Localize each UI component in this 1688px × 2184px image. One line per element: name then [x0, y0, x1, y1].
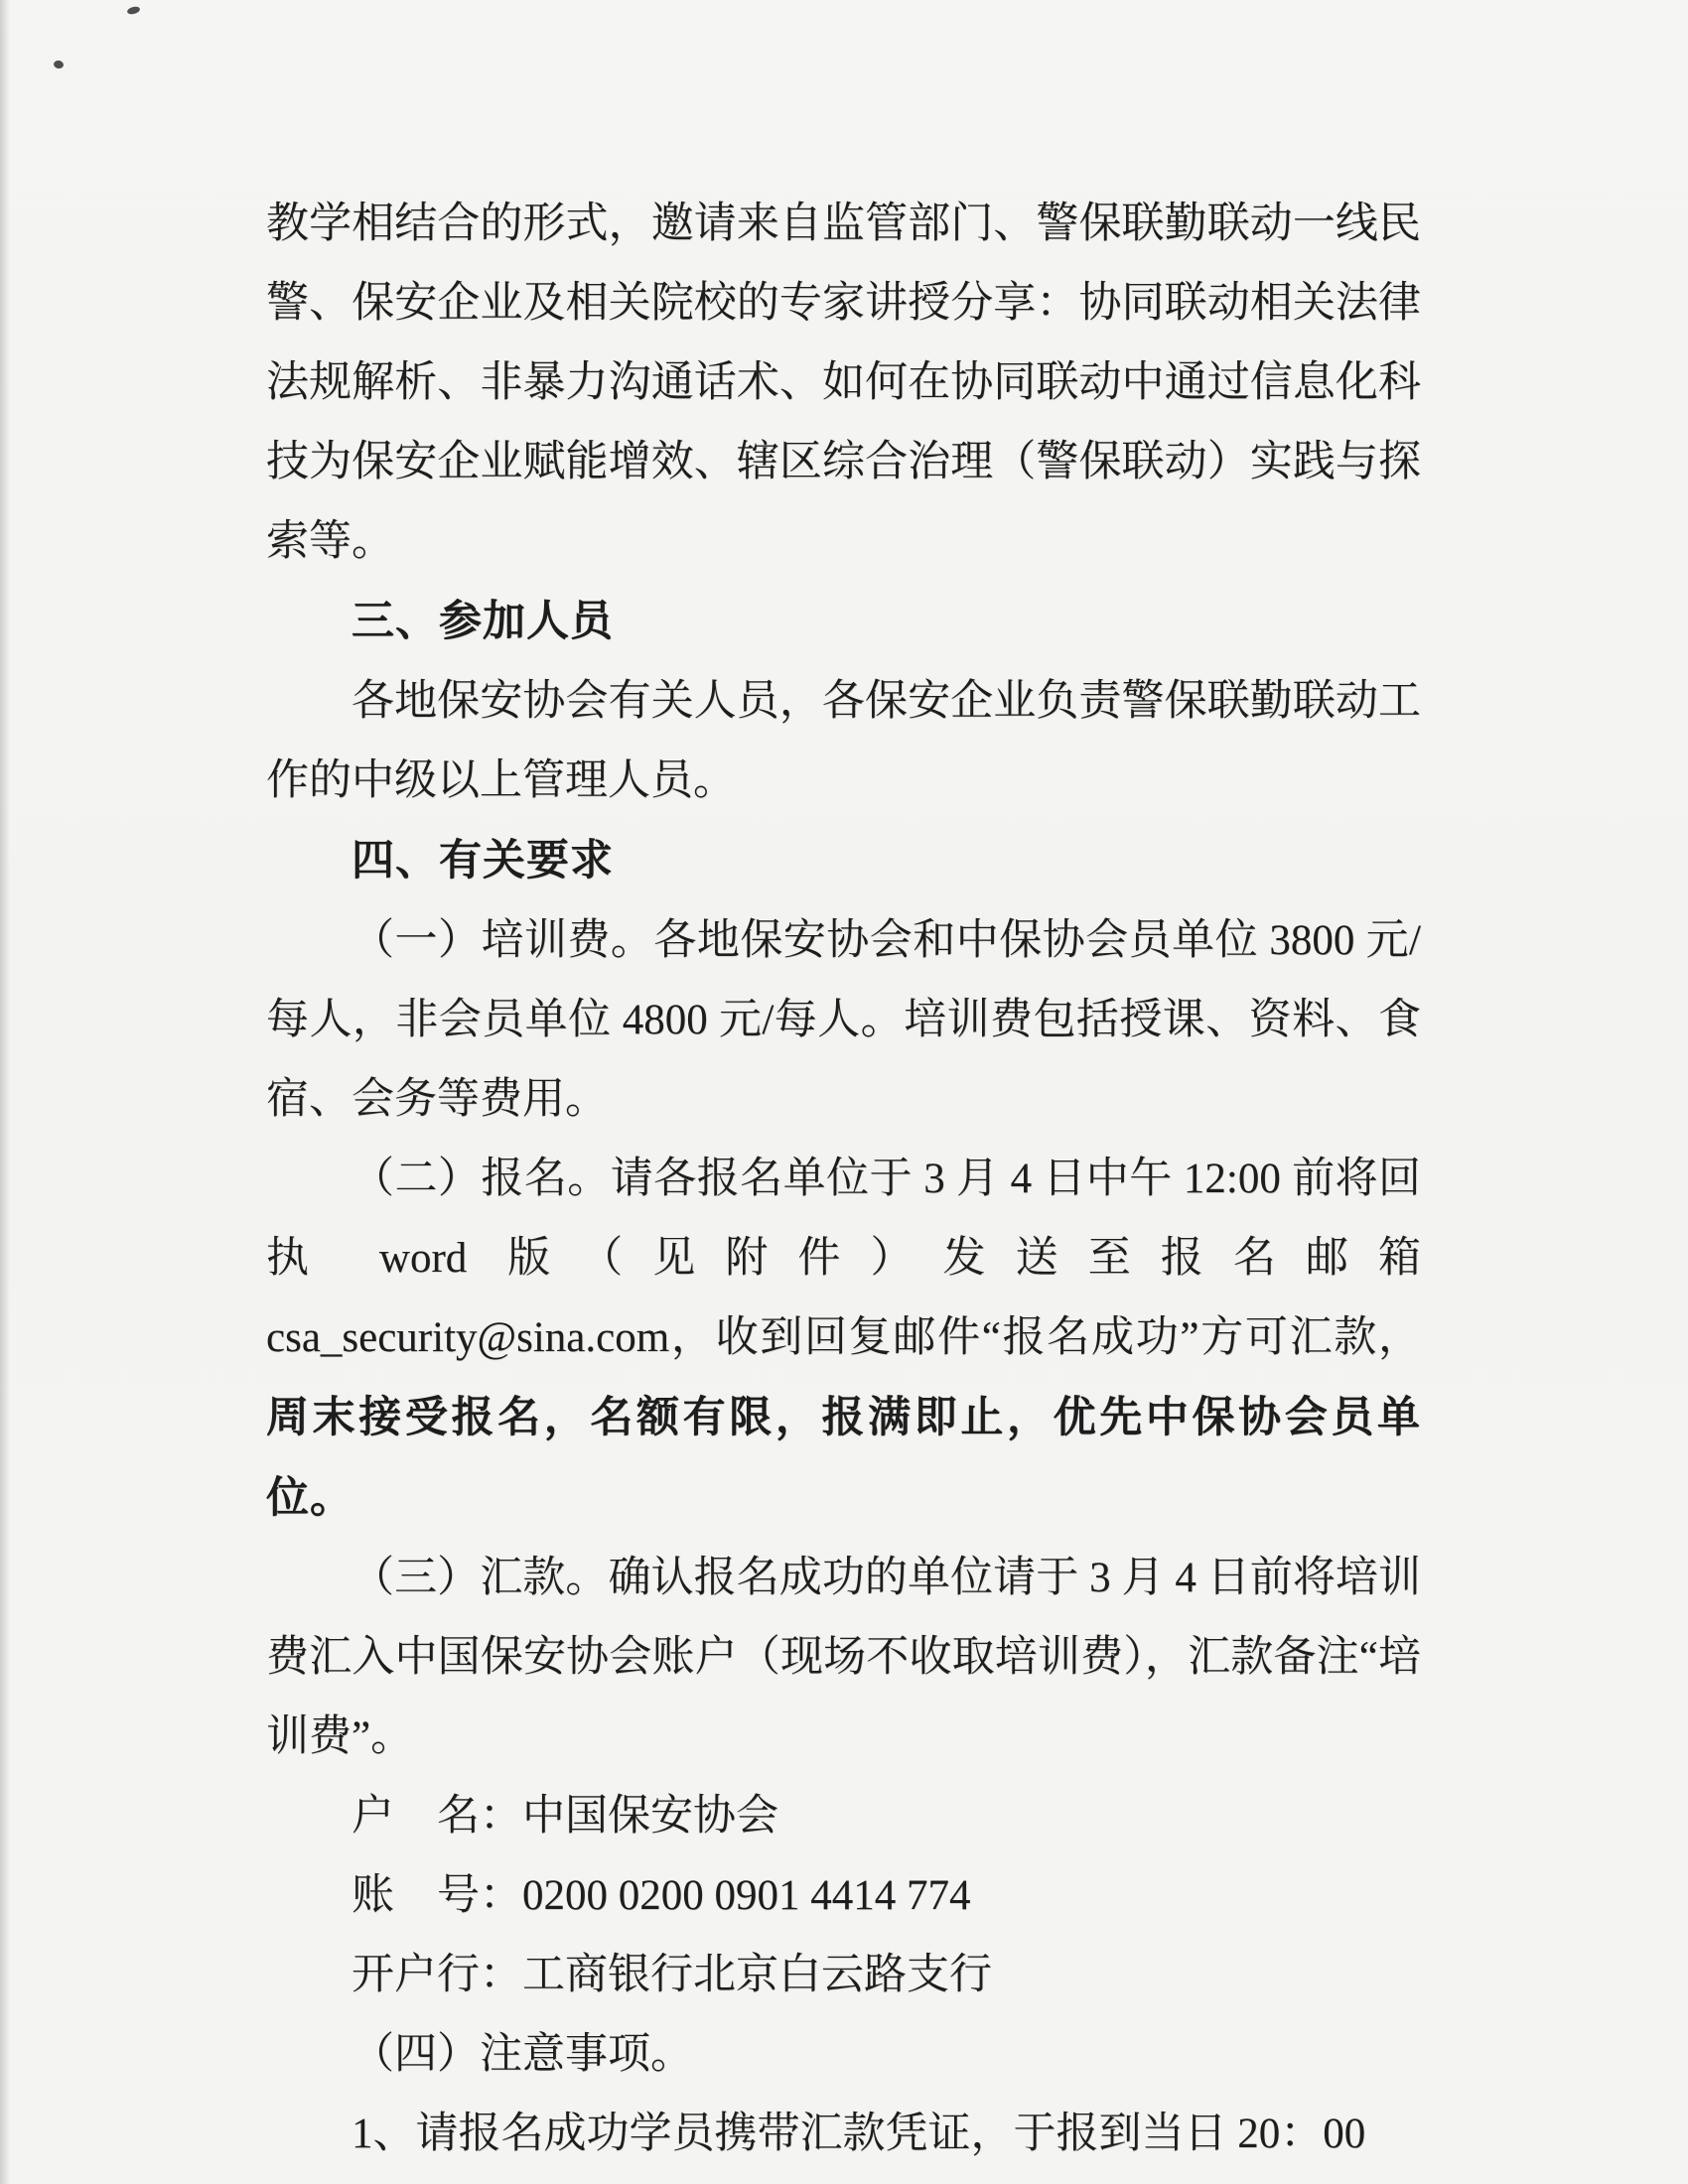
heading-section-three: 三、参加人员: [266, 582, 1421, 662]
para-continuation: 教学相结合的形式，邀请来自监管部门、警保联勤联动一线民警、保安企业及相关院校的专…: [266, 185, 1421, 582]
text-run: 开户行：工商银行北京白云路支行: [352, 1952, 992, 1998]
bank-branch: 开户行：工商银行北京白云路支行: [266, 1936, 1421, 2015]
para-remittance: （三）汇款。确认报名成功的单位请于 3 月 4 日前将培训费汇入中国保安协会账户…: [266, 1539, 1421, 1777]
para-participants: 各地保安协会有关人员，各保安企业负责警保联勤联动工作的中级以上管理人员。: [266, 662, 1421, 821]
scan-edge-shadow: [0, 0, 10, 2184]
bank-account-number: 账 号：0200 0200 0901 4414 774: [266, 1856, 1421, 1936]
text-run: 户 名：中国保安协会: [352, 1793, 778, 1840]
heading-section-four: 四、有关要求: [266, 821, 1421, 901]
text-run: 各地保安协会有关人员，各保安企业负责警保联勤联动工作的中级以上管理人员。: [266, 678, 1421, 804]
scan-speck: [53, 60, 64, 69]
text-run: （四）注意事项。: [352, 2031, 693, 2078]
text-run: 1、请报名成功学员携带汇款凭证，于报到当日 20：00: [352, 2111, 1365, 2157]
text-run: 账 号：0200 0200 0901 4414 774: [352, 1872, 971, 1919]
para-registration: （二）报名。请各报名单位于 3 月 4 日中午 12:00 前将回执 word …: [266, 1140, 1421, 1539]
bold-text-run: 周末接受报名，名额有限，报满即止，优先中保协会员单位。: [266, 1394, 1421, 1522]
text-run: 教学相结合的形式，邀请来自监管部门、警保联勤联动一线民警、保安企业及相关院校的专…: [266, 201, 1421, 565]
text-run: （一）培训费。各地保安协会和中保协会员单位 3800 元/每人，非会员单位 48…: [266, 917, 1421, 1123]
para-note-1: 1、请报名成功学员携带汇款凭证，于报到当日 20：00: [266, 2095, 1421, 2174]
heading-text: 四、有关要求: [352, 837, 614, 885]
text-run: （二）报名。请各报名单位于 3 月 4 日中午 12:00 前将回执 word …: [266, 1156, 1421, 1361]
heading-text: 三、参加人员: [352, 598, 614, 645]
document-page: 教学相结合的形式，邀请来自监管部门、警保联勤联动一线民警、保安企业及相关院校的专…: [0, 0, 1688, 2184]
para-training-fee: （一）培训费。各地保安协会和中保协会员单位 3800 元/每人，非会员单位 48…: [266, 901, 1421, 1140]
document-body: 教学相结合的形式，邀请来自监管部门、警保联勤联动一线民警、保安企业及相关院校的专…: [266, 185, 1421, 2174]
bank-account-name: 户 名：中国保安协会: [266, 1777, 1421, 1856]
heading-notes: （四）注意事项。: [266, 2015, 1421, 2095]
scan-speck: [126, 5, 140, 15]
text-run: （三）汇款。确认报名成功的单位请于 3 月 4 日前将培训费汇入中国保安协会账户…: [266, 1555, 1421, 1760]
